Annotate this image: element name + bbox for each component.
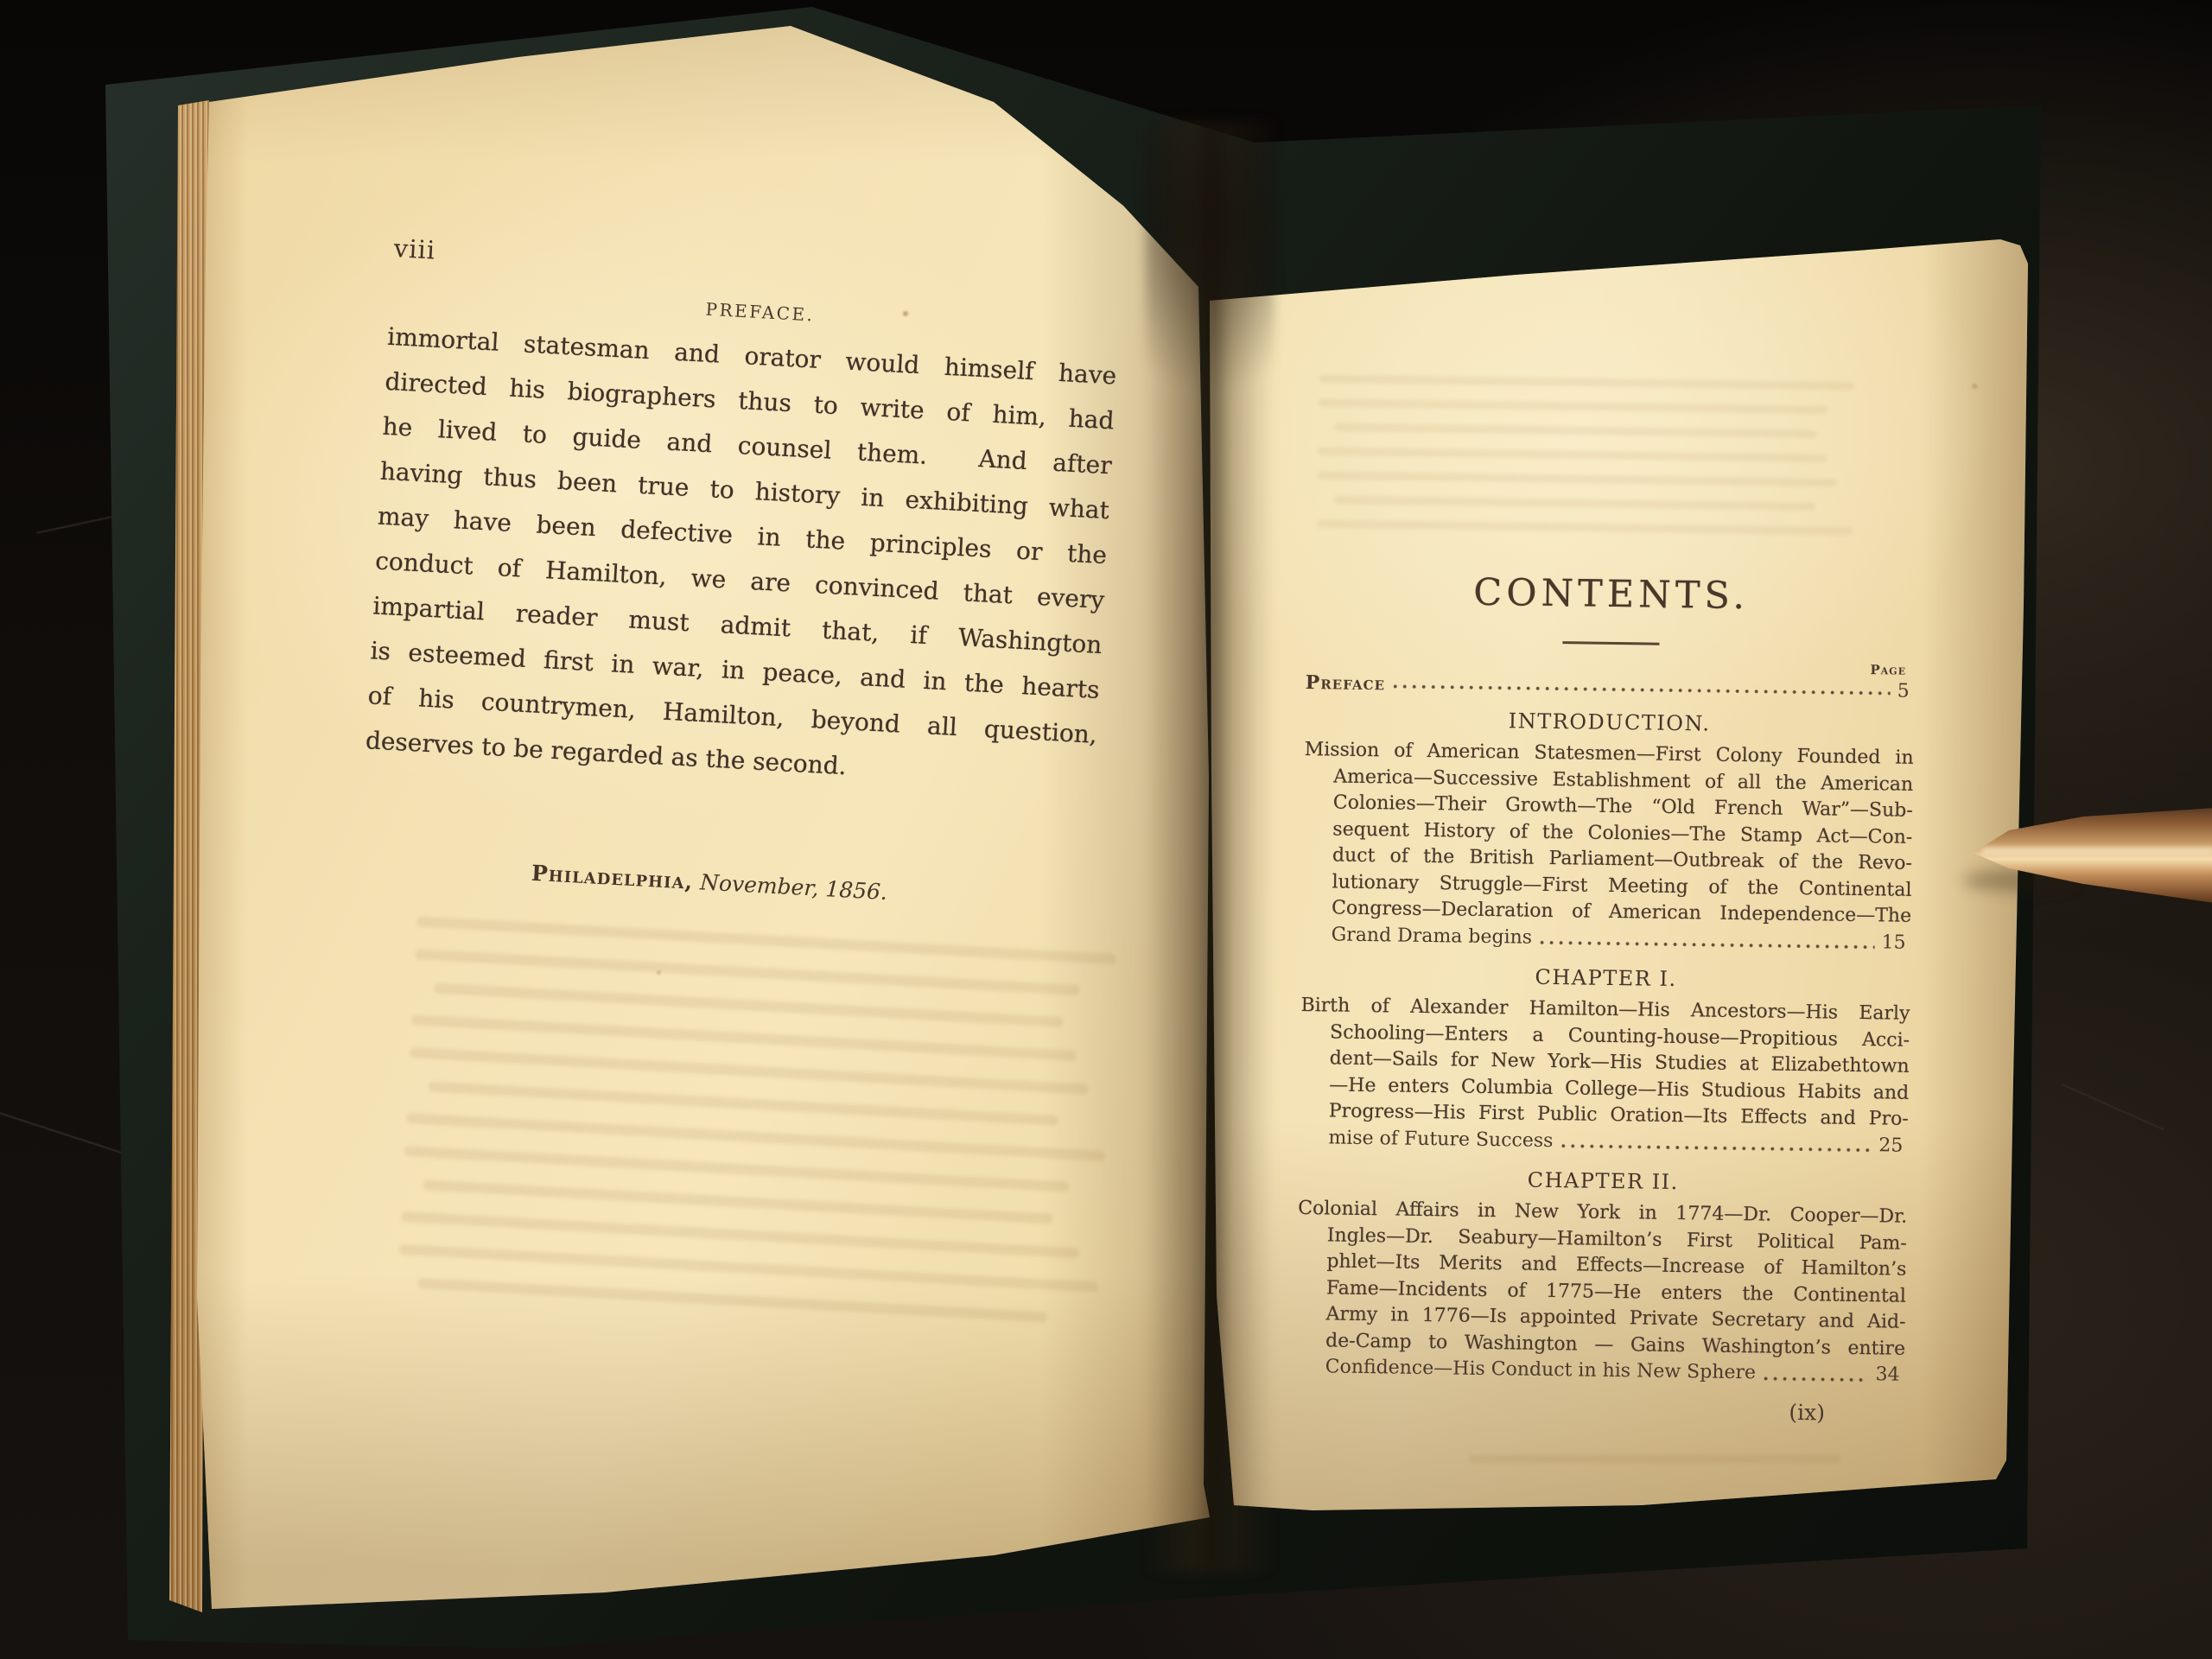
toc-section-heading: INTRODUCTION. — [1305, 706, 1914, 739]
foxing-speck — [657, 970, 661, 975]
preface-page-text: viii PREFACE. immortal statesman and ora… — [359, 232, 1122, 916]
toc-entry-page: 25 — [1878, 1133, 1908, 1160]
toc-entry-page: 15 — [1881, 930, 1910, 957]
toc-section-body: Colonial Affairs in New York in 1774—Dr.… — [1295, 1196, 1907, 1389]
contents-page-text: CONTENTS. Page Preface 5 INTRODUCTION. M… — [1295, 544, 1916, 1426]
contents-title: CONTENTS. — [1306, 569, 1916, 620]
toc-line: mise of Future Success — [1328, 1125, 1553, 1154]
foxing-speck — [1972, 384, 1978, 389]
surface-scratch — [2061, 1084, 2164, 1131]
toc-entry-label: Preface — [1306, 671, 1386, 695]
dot-leader — [1764, 1375, 1869, 1384]
dot-leader — [1394, 683, 1891, 697]
book-photo: viii PREFACE. immortal statesman and ora… — [0, 0, 2212, 1659]
toc-section-body: Mission of American Statesmen—First Colo… — [1301, 737, 1913, 957]
title-rule — [1562, 641, 1659, 645]
running-header: PREFACE. — [705, 299, 815, 326]
toc-entry-page: 34 — [1875, 1362, 1904, 1389]
toc-section-body: Birth of Alexander Hamilton—His Ancestor… — [1299, 993, 1910, 1160]
dot-leader — [1561, 1142, 1872, 1154]
toc-line: Confidence—His Conduct in his New Sphere — [1325, 1354, 1756, 1386]
toc-entry-page: 5 — [1897, 681, 1915, 702]
toc-section-heading: CHAPTER I. — [1301, 962, 1910, 995]
toc-line: Grand Drama begins — [1331, 922, 1532, 951]
page-number: viii — [393, 233, 436, 265]
dot-leader — [1541, 939, 1875, 951]
preface-body: immortal statesman and orator would hims… — [365, 315, 1118, 803]
toc-section-heading: CHAPTER II. — [1299, 1165, 1908, 1198]
